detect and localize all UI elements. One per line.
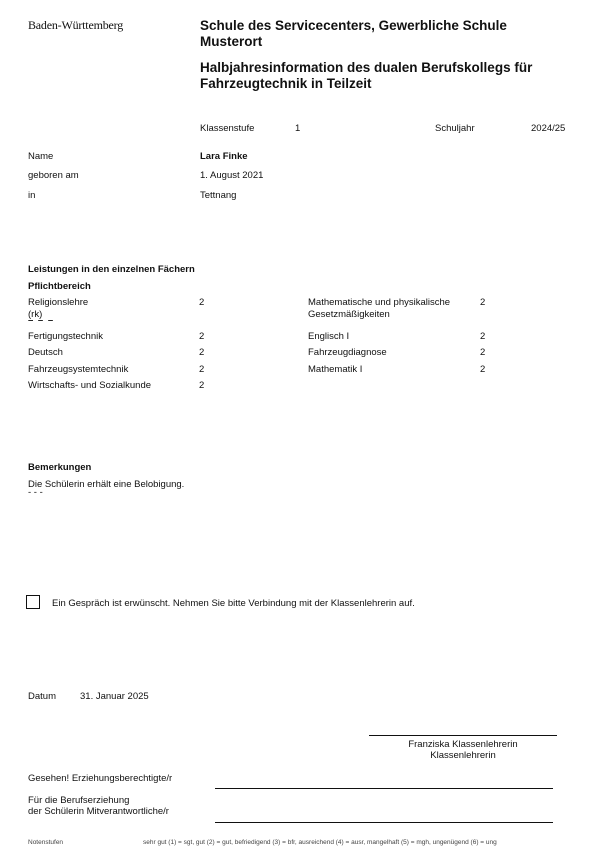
subject-mathematische-gesetzmaessigkeiten-line2: Gesetzmäßigkeiten [308, 309, 390, 320]
subject-fahrzeugsystemtechnik: Fahrzeugsystemtechnik [28, 364, 128, 375]
subject-religion: Religionslehre [28, 297, 88, 308]
teacher-name: Franziska Klassenlehrerin [369, 739, 557, 750]
co-responsible-signature-line [215, 822, 553, 823]
conversation-label: Ein Gespräch ist erwünscht. Nehmen Sie b… [52, 598, 415, 609]
grade-deutsch: 2 [199, 347, 204, 358]
teacher-signature-line [369, 735, 557, 736]
birthdate-label: geboren am [28, 170, 79, 181]
grade-religion: 2 [199, 297, 204, 308]
name-label: Name [28, 151, 53, 162]
guardian-signature-line [215, 788, 553, 789]
grading-scale: sehr gut (1) = sgt, gut (2) = gut, befri… [143, 839, 497, 846]
date-label: Datum [28, 691, 56, 702]
state-name: Baden-Württemberg [28, 18, 123, 33]
student-name: Lara Finke [200, 151, 248, 162]
grade-fertigungstechnik: 2 [199, 331, 204, 342]
grade-fahrzeugdiagnose: 2 [480, 347, 485, 358]
subject-religion-dashes: – – – [28, 318, 54, 324]
grade-fahrzeugsystemtechnik: 2 [199, 364, 204, 375]
subject-fertigungstechnik: Fertigungstechnik [28, 331, 103, 342]
grade-mathematik: 2 [480, 364, 485, 375]
grade-wirtschafts-sozialkunde: 2 [199, 380, 204, 391]
subject-englisch: Englisch I [308, 331, 349, 342]
school-year-value: 2024/25 [531, 123, 565, 134]
grade-englisch: 2 [480, 331, 485, 342]
birthdate-value: 1. August 2021 [200, 170, 263, 181]
conversation-checkbox[interactable] [26, 595, 40, 609]
subject-mathematische-gesetzmaessigkeiten: Mathematische und physikalische [308, 297, 450, 308]
birthplace-label: in [28, 190, 35, 201]
class-level-label: Klassenstufe [200, 123, 254, 134]
subject-fahrzeugdiagnose: Fahrzeugdiagnose [308, 347, 387, 358]
subject-deutsch: Deutsch [28, 347, 63, 358]
grades-section-title: Leistungen in den einzelnen Fächern [28, 264, 195, 275]
remarks-text: Die Schülerin erhält eine Belobigung. [28, 479, 184, 490]
subject-wirtschafts-sozialkunde: Wirtschafts- und Sozialkunde [28, 380, 151, 391]
grades-subsection-title: Pflichtbereich [28, 281, 91, 292]
school-year-label: Schuljahr [435, 123, 475, 134]
remarks-title: Bemerkungen [28, 462, 91, 473]
teacher-role: Klassenlehrerin [369, 750, 557, 761]
grade-mathematische-gesetzmaessigkeiten: 2 [480, 297, 485, 308]
document-title: Halbjahresinformation des dualen Berufsk… [200, 60, 580, 92]
school-name: Schule des Servicecenters, Gewerbliche S… [200, 18, 570, 50]
remarks-dashes: - - - [28, 489, 43, 497]
co-responsible-label-line1: Für die Berufserziehung [28, 795, 129, 806]
subject-mathematik: Mathematik I [308, 364, 362, 375]
birthplace-value: Tettnang [200, 190, 236, 201]
class-level-value: 1 [295, 123, 300, 134]
guardian-label: Gesehen! Erziehungsberechtigte/r [28, 773, 172, 784]
date-value: 31. Januar 2025 [80, 691, 149, 702]
co-responsible-label-line2: der Schülerin Mitverantwortliche/r [28, 806, 169, 817]
grading-label: Notenstufen [28, 839, 63, 846]
